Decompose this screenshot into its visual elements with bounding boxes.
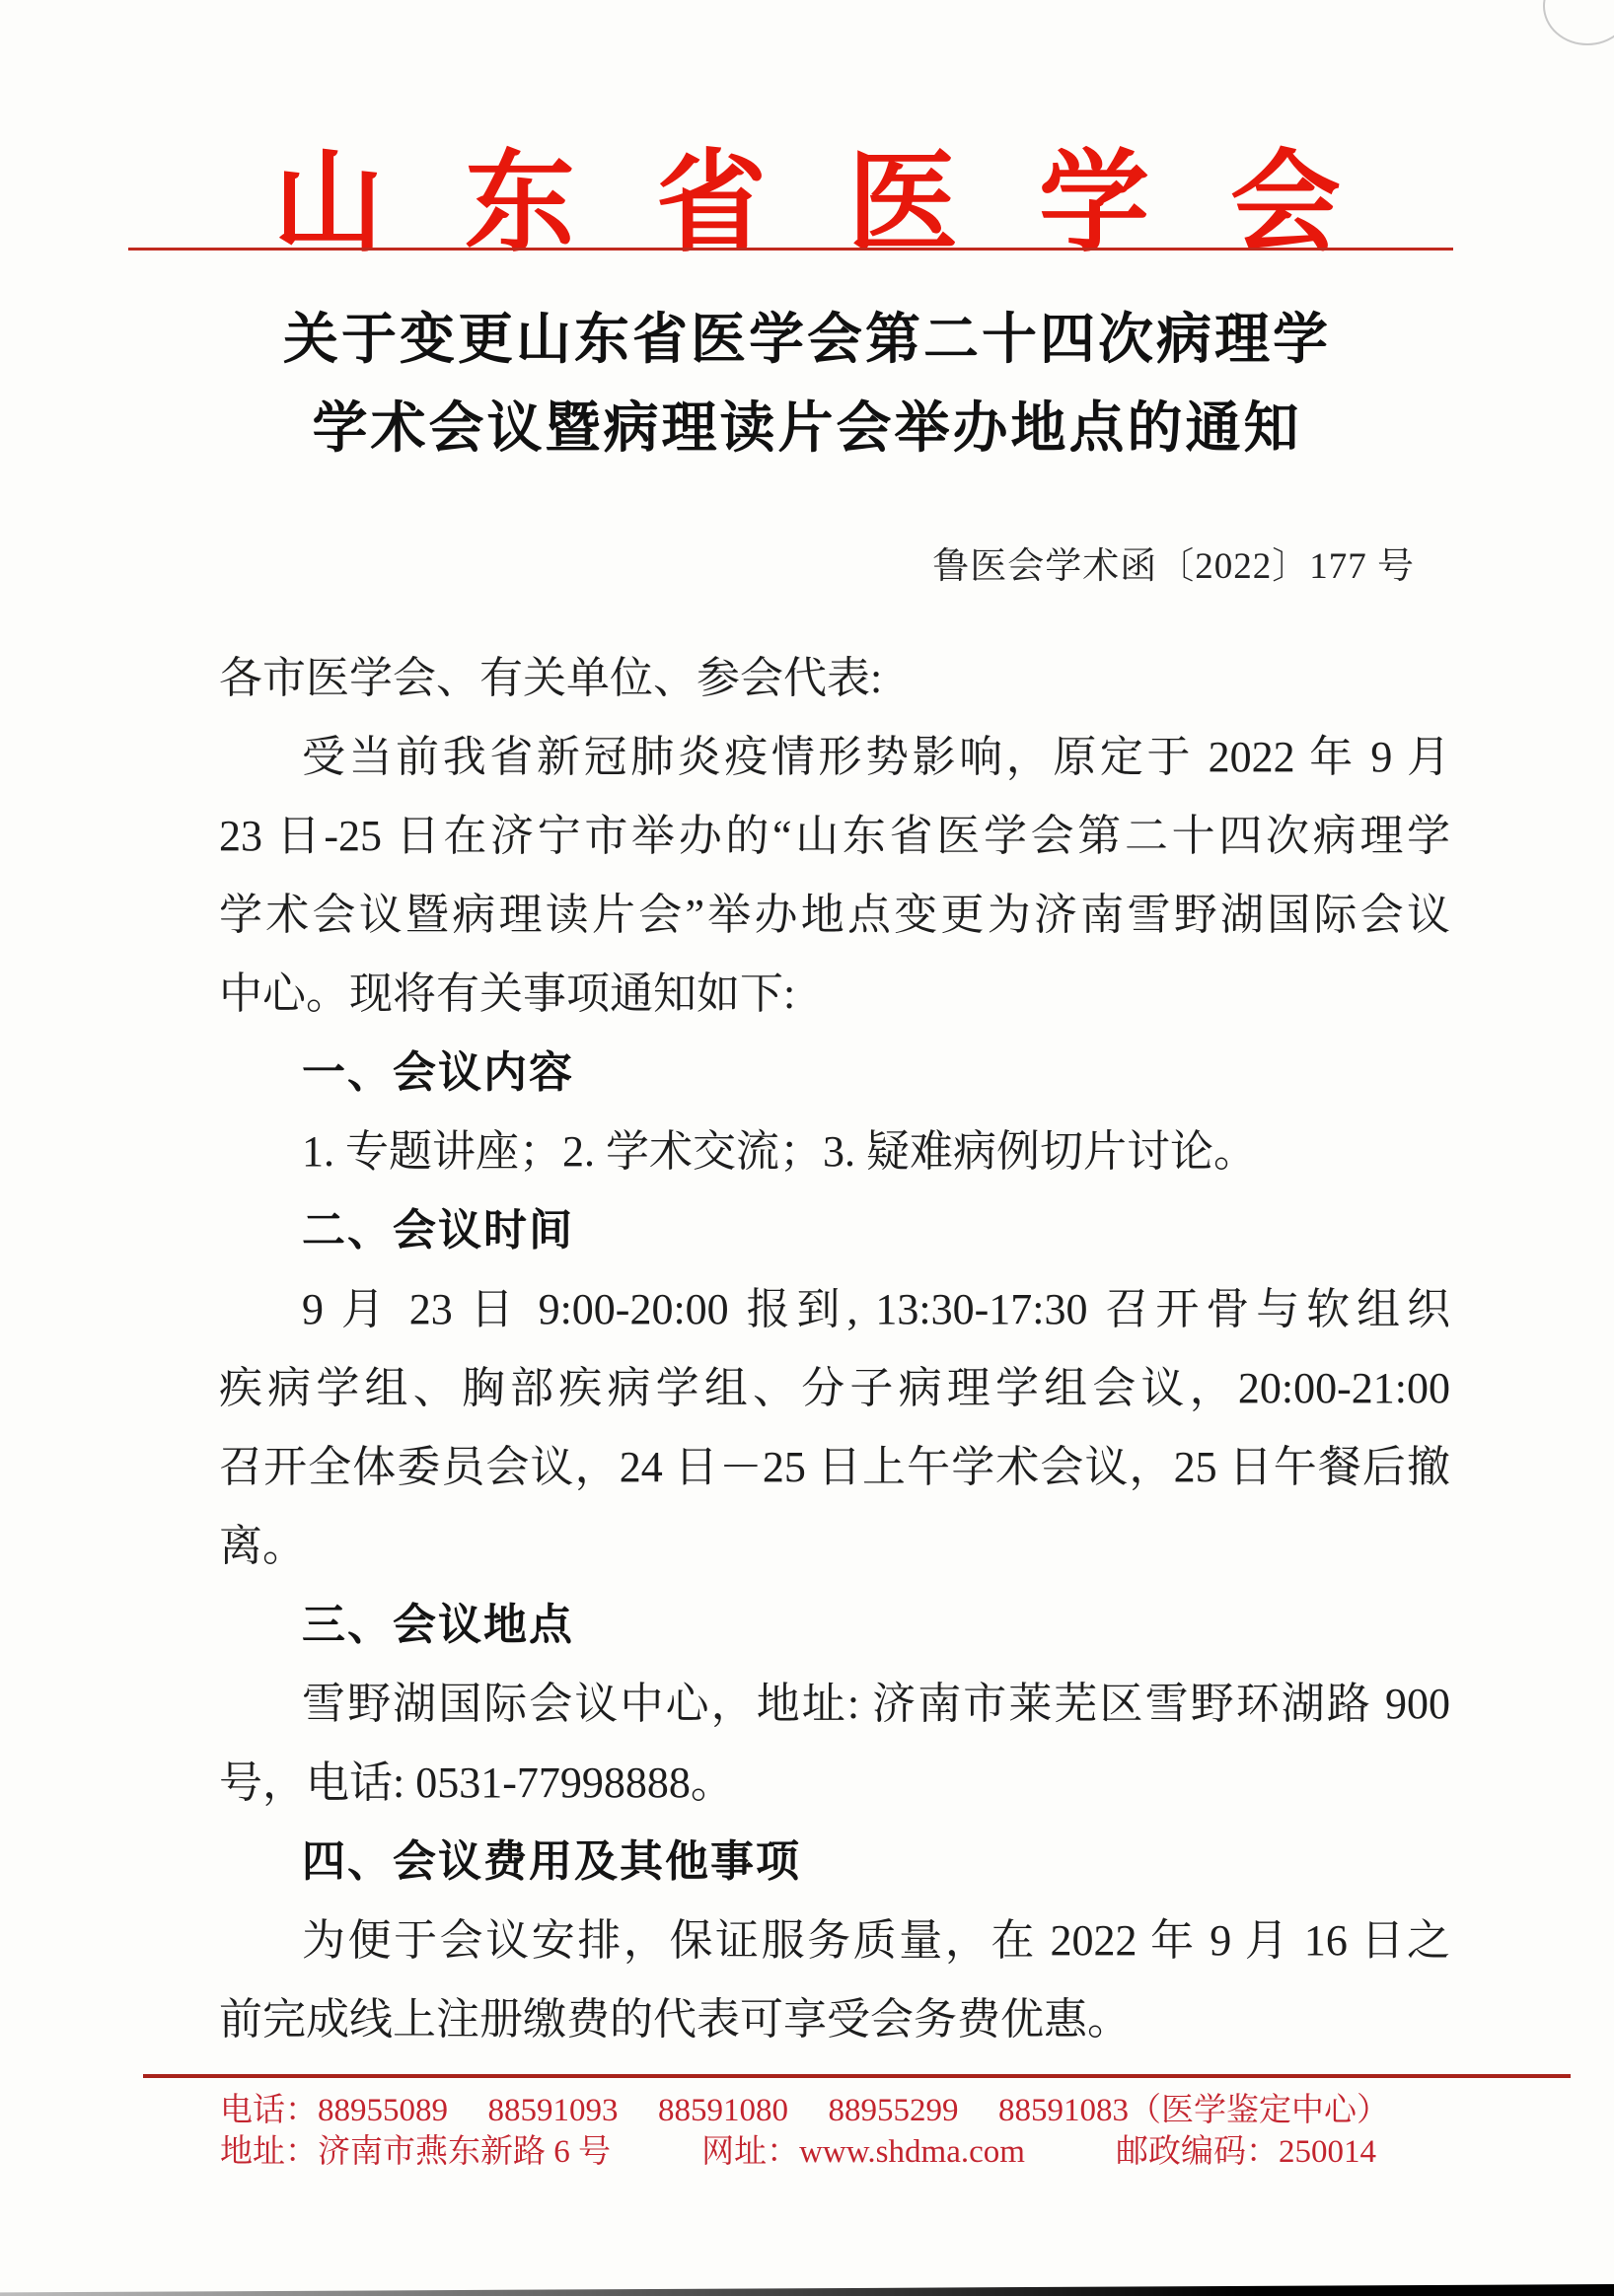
footer-address-row: 地址：济南市燕东新路 6 号网址：www.shdma.com邮政编码：25001…	[220, 2132, 1376, 2172]
footer-phone-segment: 电话：88955089	[220, 2091, 448, 2130]
body-text-line: 前完成线上注册缴费的代表可享受会务费优惠。	[219, 1980, 1450, 2059]
body-text-line: 召开全体委员会议，24 日－25 日上午学术会议，25 日午餐后撤	[219, 1428, 1450, 1507]
footer-address-segment: 网址：www.shdma.com	[701, 2132, 1025, 2172]
scan-curl-artifact	[1543, 0, 1614, 45]
notice-title-line1: 关于变更山东省医学会第二十四次病理学	[0, 296, 1614, 385]
body-text-line: 1. 专题讲座；2. 学术交流；3. 疑难病例切片讨论。	[219, 1112, 1450, 1191]
notice-title-line2: 学术会议暨病理读片会举办地点的通知	[0, 385, 1614, 473]
notice-title: 关于变更山东省医学会第二十四次病理学 学术会议暨病理读片会举办地点的通知	[0, 296, 1614, 473]
body-text-line: 23 日-25 日在济宁市举办的“山东省医学会第二十四次病理学	[219, 797, 1450, 876]
body-text-line: 疾病学组、胸部疾病学组、分子病理学组会议，20:00-21:00	[219, 1349, 1450, 1428]
reference-number: 鲁医会学术函〔2022〕177 号	[932, 536, 1415, 589]
notice-body: 各市医学会、有关单位、参会代表:受当前我省新冠肺炎疫情形势影响，原定于 2022…	[219, 639, 1450, 2059]
body-heading-line: 三、会议地点	[219, 1586, 1450, 1665]
letterhead-rule	[128, 248, 1453, 251]
body-text-line: 离。	[219, 1507, 1450, 1586]
body-text-line: 中心。现将有关事项通知如下:	[219, 955, 1450, 1034]
body-text-line: 9 月 23 日 9:00-20:00 报到, 13:30-17:30 召开骨与…	[219, 1270, 1450, 1349]
footer-address-segment: 地址：济南市燕东新路 6 号	[220, 2132, 611, 2172]
body-heading-line: 一、会议内容	[219, 1034, 1450, 1112]
footer-phone-segment: 88591080	[658, 2091, 788, 2130]
body-text-line: 雪野湖国际会议中心，地址: 济南市莱芜区雪野环湖路 900	[219, 1665, 1450, 1744]
footer-phone-segment: 88591083（医学鉴定中心）	[998, 2091, 1389, 2130]
footer-phone-segment: 88591093	[488, 2091, 619, 2130]
footer-address-segment: 邮政编码：250014	[1116, 2132, 1376, 2172]
body-text-line: 受当前我省新冠肺炎疫情形势影响，原定于 2022 年 9 月	[219, 718, 1450, 797]
body-heading-line: 四、会议费用及其他事项	[219, 1823, 1450, 1901]
footer-rule	[143, 2074, 1571, 2078]
scanned-notice-page: 山东省医学会 关于变更山东省医学会第二十四次病理学 学术会议暨病理读片会举办地点…	[0, 0, 1614, 2296]
body-text-line: 各市医学会、有关单位、参会代表:	[219, 639, 1450, 718]
footer-phone-segment: 88955299	[829, 2091, 959, 2130]
body-heading-line: 二、会议时间	[219, 1191, 1450, 1270]
body-text-line: 为便于会议安排，保证服务质量，在 2022 年 9 月 16 日之	[219, 1901, 1450, 1980]
body-text-line: 号，电话: 0531-77998888。	[219, 1744, 1450, 1823]
body-text-line: 学术会议暨病理读片会”举办地点变更为济南雪野湖国际会议	[219, 876, 1450, 955]
scan-edge-artifact	[0, 2284, 1614, 2296]
footer-contact-row: 电话：8895508988591093885910808895529988591…	[220, 2091, 1389, 2130]
